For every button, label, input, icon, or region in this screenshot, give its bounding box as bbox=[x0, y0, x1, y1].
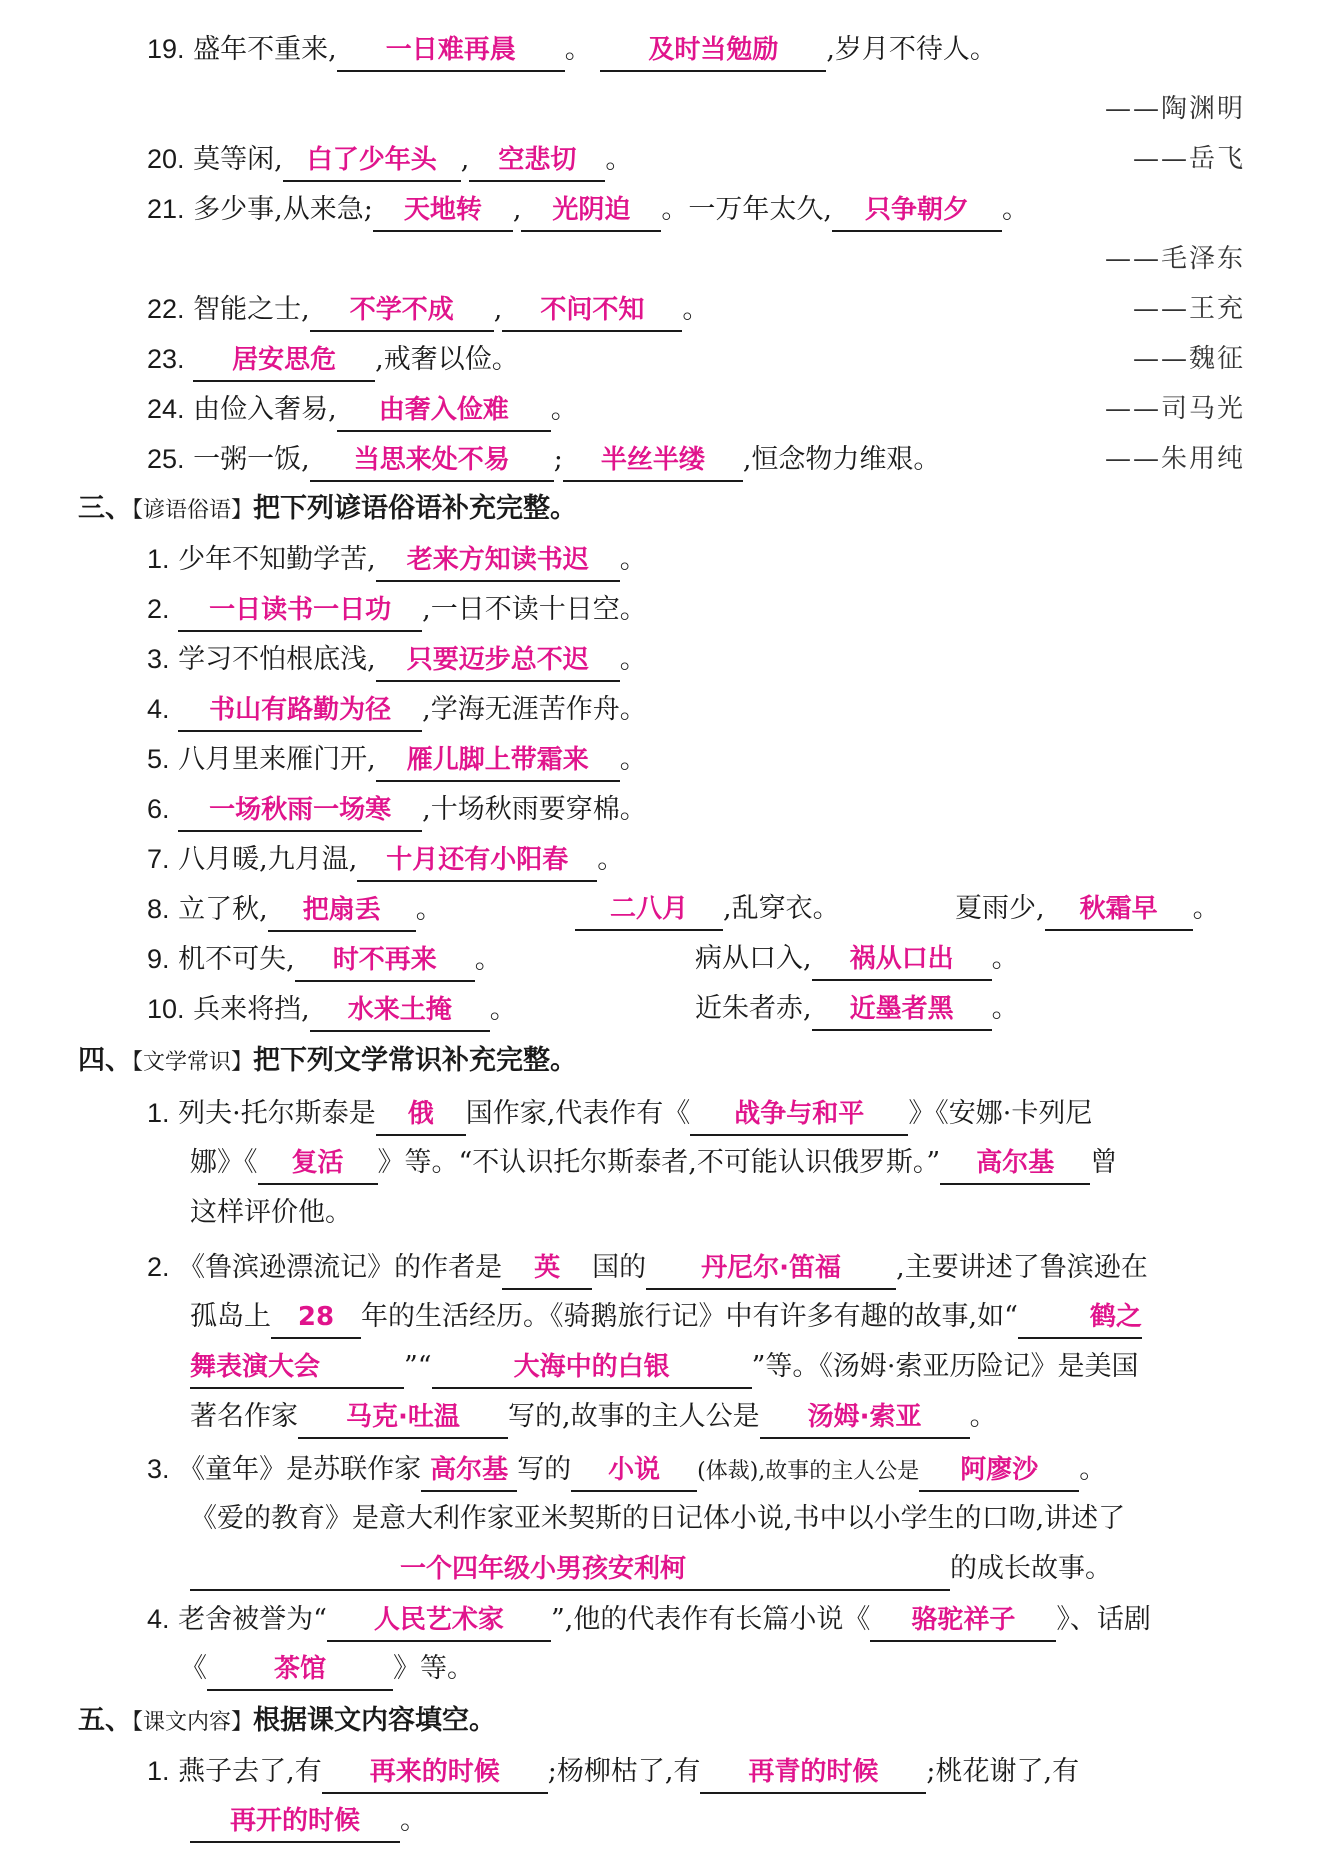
poem-item-22: 22. 智能之士,不学不成,不问不知。 ——王充 bbox=[0, 284, 1323, 334]
prompt-text: 机不可失, bbox=[178, 944, 295, 975]
poem-item-19: 19. 盛年不重来,一日难再晨。 及时当勉励,岁月不待人。 bbox=[0, 24, 1323, 74]
answer-blank[interactable]: 战争与和平 bbox=[690, 1094, 908, 1136]
author-label: ——朱用纯 bbox=[1105, 434, 1245, 484]
poem-author-19: ——陶渊明 bbox=[0, 84, 1323, 134]
answer-blank[interactable]: 一场秋雨一场寒 bbox=[178, 790, 422, 832]
literature-q4-line1: 4. 老舍被誉为“人民艺术家”,他的代表作有长篇小说《骆驼祥子》、话剧 bbox=[0, 1594, 1323, 1644]
answer-blank[interactable]: 茶馆 bbox=[207, 1649, 393, 1691]
answer-blank[interactable]: 舞表演大会 bbox=[190, 1347, 404, 1389]
proverb-item-2: 2. 一日读书一日功,一日不读十日空。 bbox=[0, 584, 1323, 634]
prompt-text: 《童年》是苏联作家 bbox=[178, 1454, 421, 1485]
answer-blank[interactable]: 及时当勉励 bbox=[600, 30, 826, 72]
item-number: 2. bbox=[147, 1252, 170, 1282]
item-number: 24. bbox=[147, 394, 185, 424]
section-tag: 【课文内容】 bbox=[132, 1710, 253, 1735]
literature-q4-line2: 《茶馆》等。 bbox=[0, 1644, 1323, 1694]
answer-blank[interactable]: 白了少年头 bbox=[283, 140, 461, 182]
answer-blank[interactable]: 再来的时候 bbox=[322, 1752, 548, 1794]
prompt-text: ,主要讲述了鲁滨逊在 bbox=[896, 1252, 1148, 1283]
prompt-text: (体裁),故事的主人公是 bbox=[697, 1459, 919, 1484]
answer-blank[interactable]: 水来土掩 bbox=[310, 990, 490, 1032]
literature-q1-line3: 这样评价他。 bbox=[0, 1188, 1323, 1238]
literature-q2-line1: 2. 《鲁滨逊漂流记》的作者是英国的丹尼尔·笛福,主要讲述了鲁滨逊在 bbox=[0, 1242, 1323, 1292]
answer-blank[interactable]: 时不再来 bbox=[295, 940, 475, 982]
prompt-text: 列夫·托尔斯泰是 bbox=[178, 1098, 376, 1129]
answer-blank[interactable]: 丹尼尔·笛福 bbox=[646, 1248, 896, 1290]
prompt-text: 年的生活经历。《骑鹅旅行记》中有许多有趣的故事,如“ bbox=[361, 1301, 1018, 1332]
answer-blank[interactable]: 英 bbox=[502, 1248, 592, 1290]
prompt-text: 这样评价他。 bbox=[190, 1188, 352, 1238]
prompt-text: 》等。“不认识托尔斯泰者,不可能认识俄罗斯。” bbox=[378, 1147, 941, 1178]
punct: 。 bbox=[1002, 194, 1029, 225]
prompt-text: 莫等闲, bbox=[193, 144, 283, 175]
item-number: 3. bbox=[147, 1454, 170, 1484]
prompt-text: 国作家,代表作有《 bbox=[466, 1098, 691, 1129]
answer-blank[interactable]: 居安思危 bbox=[193, 340, 375, 382]
item-number: 20. bbox=[147, 144, 185, 174]
author-label: ——王充 bbox=[1133, 284, 1245, 334]
proverb-item-10: 10. 兵来将挡,水来土掩。 近朱者赤,近墨者黑。 bbox=[0, 984, 1323, 1034]
prompt-text: ,戒奢以俭。 bbox=[375, 344, 519, 375]
answer-blank[interactable]: 天地转 bbox=[373, 190, 513, 232]
section-title: 根据课文内容填空。 bbox=[253, 1705, 496, 1736]
prompt-text: 夏雨少, bbox=[955, 893, 1045, 924]
answer-blank[interactable]: 鹤之 bbox=[1018, 1297, 1142, 1339]
prompt-text: 兵来将挡, bbox=[193, 994, 310, 1025]
prompt-text: 盛年不重来, bbox=[193, 34, 337, 65]
punct: 。 bbox=[992, 993, 1019, 1024]
proverb-item-6: 6. 一场秋雨一场寒,十场秋雨要穿棉。 bbox=[0, 784, 1323, 834]
poem-item-25: 25. 一粥一饭,当思来处不易;半丝半缕,恒念物力维艰。 ——朱用纯 bbox=[0, 434, 1323, 484]
proverb-item-8: 8. 立了秋,把扇丢。 二八月,乱穿衣。 夏雨少,秋霜早。 bbox=[0, 884, 1323, 934]
prompt-text: ;杨柳枯了,有 bbox=[548, 1756, 701, 1787]
item-number: 5. bbox=[147, 744, 170, 774]
prompt-text: 病从口入, bbox=[695, 943, 812, 974]
literature-q3-line3: 一个四年级小男孩安利柯的成长故事。 bbox=[0, 1544, 1323, 1594]
answer-blank[interactable]: 大海中的白银 bbox=[432, 1347, 752, 1389]
prompt-text: 少年不知勤学苦, bbox=[178, 544, 376, 575]
prompt-text: 由俭入奢易, bbox=[193, 394, 337, 425]
prompt-text: ”“ bbox=[404, 1351, 432, 1382]
answer-blank[interactable]: 书山有路勤为径 bbox=[178, 690, 422, 732]
prompt-text: 智能之士, bbox=[193, 294, 310, 325]
prompt-text: ;桃花谢了,有 bbox=[926, 1756, 1079, 1787]
poem-item-23: 23. 居安思危,戒奢以俭。 ——魏征 bbox=[0, 334, 1323, 384]
text-content-q1-line2: 再开的时候。 bbox=[0, 1796, 1323, 1846]
answer-blank[interactable]: 小说 bbox=[571, 1450, 697, 1492]
answer-blank[interactable]: 秋霜早 bbox=[1045, 889, 1193, 931]
item-number: 2. bbox=[147, 594, 170, 624]
proverb-item-3: 3. 学习不怕根底浅,只要迈步总不迟。 bbox=[0, 634, 1323, 684]
prompt-text: ,恒念物力维艰。 bbox=[743, 444, 941, 475]
answer-blank[interactable]: 人民艺术家 bbox=[327, 1600, 551, 1642]
section-index: 四、 bbox=[78, 1045, 132, 1076]
answer-blank[interactable]: 高尔基 bbox=[421, 1450, 517, 1492]
prompt-text: 多少事,从来急; bbox=[193, 194, 373, 225]
punct: , bbox=[461, 144, 470, 175]
prompt-text: 孤岛上 bbox=[190, 1301, 271, 1332]
item-number: 8. bbox=[147, 894, 170, 924]
poem-item-20: 20. 莫等闲,白了少年头,空悲切。 ——岳飞 bbox=[0, 134, 1323, 184]
item-number: 4. bbox=[147, 694, 170, 724]
prompt-text: ,学海无涯苦作舟。 bbox=[422, 694, 647, 725]
text-content-q1-line1: 1. 燕子去了,有再来的时候;杨柳枯了,有再青的时候;桃花谢了,有 bbox=[0, 1746, 1323, 1796]
proverb-item-5: 5. 八月里来雁门开,雁儿脚上带霜来。 bbox=[0, 734, 1323, 784]
section-index: 三、 bbox=[78, 493, 132, 524]
prompt-text: ,岁月不待人。 bbox=[826, 34, 997, 65]
literature-q3-line1: 3. 《童年》是苏联作家高尔基写的小说(体裁),故事的主人公是阿廖沙。 bbox=[0, 1444, 1323, 1494]
prompt-text: 曾 bbox=[1090, 1147, 1117, 1178]
answer-blank[interactable]: 只争朝夕 bbox=[832, 190, 1002, 232]
punct: 。 bbox=[1079, 1454, 1106, 1485]
answer-blank[interactable]: 只要迈步总不迟 bbox=[376, 640, 620, 682]
prompt-text: 近朱者赤, bbox=[695, 993, 812, 1024]
item-number: 19. bbox=[147, 34, 185, 64]
answer-blank[interactable]: 俄 bbox=[376, 1094, 466, 1136]
punct: 。 bbox=[970, 1401, 997, 1432]
answer-blank[interactable]: 汤姆·索亚 bbox=[760, 1397, 970, 1439]
prompt-text: 《鲁滨逊漂流记》的作者是 bbox=[178, 1252, 502, 1283]
section-title: 把下列文学常识补充完整。 bbox=[253, 1045, 577, 1076]
prompt-text: 八月暖,九月温, bbox=[178, 844, 357, 875]
punct: 。 bbox=[620, 644, 647, 675]
prompt-text: 》《安娜·卡列尼 bbox=[908, 1098, 1092, 1129]
item-number: 1. bbox=[147, 544, 170, 574]
literature-q2-line3: 舞表演大会”“大海中的白银”等。《汤姆·索亚历险记》是美国 bbox=[0, 1342, 1323, 1392]
item-number: 10. bbox=[147, 994, 185, 1024]
author-label: ——岳飞 bbox=[1133, 134, 1245, 184]
item-number: 23. bbox=[147, 344, 185, 374]
prompt-text: 立了秋, bbox=[178, 894, 268, 925]
answer-blank[interactable]: 老来方知读书迟 bbox=[376, 540, 620, 582]
item-number: 3. bbox=[147, 644, 170, 674]
answer-blank[interactable]: 骆驼祥子 bbox=[870, 1600, 1056, 1642]
poem-item-24: 24. 由俭入奢易,由奢入俭难。 ——司马光 bbox=[0, 384, 1323, 434]
prompt-text: 。一万年太久, bbox=[661, 194, 832, 225]
punct: 。 bbox=[1193, 893, 1220, 924]
answer-blank[interactable]: 把扇丢 bbox=[268, 890, 416, 932]
item-number: 7. bbox=[147, 844, 170, 874]
literature-q1-line1: 1. 列夫·托尔斯泰是俄国作家,代表作有《战争与和平》《安娜·卡列尼 bbox=[0, 1088, 1323, 1138]
punct: 。 bbox=[597, 844, 624, 875]
literature-q3-line2: 《爱的教育》是意大利作家亚米契斯的日记体小说,书中以小学生的口吻,讲述了 bbox=[0, 1494, 1323, 1544]
item-number: 9. bbox=[147, 944, 170, 974]
section-heading-3: 三、【谚语俗语】把下列谚语俗语补充完整。 bbox=[78, 484, 577, 536]
punct: , bbox=[513, 194, 522, 225]
author-label: ——毛泽东 bbox=[1105, 234, 1245, 284]
proverb-item-1: 1. 少年不知勤学苦,老来方知读书迟。 bbox=[0, 534, 1323, 584]
author-label: ——陶渊明 bbox=[1105, 84, 1245, 134]
prompt-text: 学习不怕根底浅, bbox=[178, 644, 376, 675]
section-index: 五、 bbox=[78, 1705, 132, 1736]
answer-blank[interactable]: 雁儿脚上带霜来 bbox=[376, 740, 620, 782]
section-title: 把下列谚语俗语补充完整。 bbox=[253, 493, 577, 524]
punct: ; bbox=[554, 444, 563, 475]
prompt-text: ,乱穿衣。 bbox=[723, 893, 840, 924]
answer-blank[interactable]: 当思来处不易 bbox=[310, 440, 554, 482]
answer-blank[interactable]: 马克·吐温 bbox=[298, 1397, 508, 1439]
prompt-text: ,十场秋雨要穿棉。 bbox=[422, 794, 647, 825]
prompt-text: 写的 bbox=[517, 1454, 571, 1485]
punct: 。 bbox=[620, 544, 647, 575]
literature-q2-line2: 孤岛上28年的生活经历。《骑鹅旅行记》中有许多有趣的故事,如“鹤之 bbox=[0, 1292, 1323, 1342]
author-label: ——魏征 bbox=[1133, 334, 1245, 384]
prompt-text: 》、话剧 bbox=[1056, 1604, 1151, 1635]
punct: 。 bbox=[551, 394, 578, 425]
literature-q2-line4: 著名作家马克·吐温写的,故事的主人公是汤姆·索亚。 bbox=[0, 1392, 1323, 1442]
prompt-text: 著名作家 bbox=[190, 1401, 298, 1432]
item-number: 21. bbox=[147, 194, 185, 224]
answer-blank[interactable]: 祸从口出 bbox=[812, 939, 992, 981]
punct: 。 bbox=[992, 943, 1019, 974]
proverb-item-4: 4. 书山有路勤为径,学海无涯苦作舟。 bbox=[0, 684, 1323, 734]
item-number: 1. bbox=[147, 1098, 170, 1128]
punct: 。 bbox=[605, 144, 632, 175]
answer-blank[interactable]: 近墨者黑 bbox=[812, 989, 992, 1031]
punct: 。 bbox=[475, 944, 502, 975]
prompt-text: ”,他的代表作有长篇小说《 bbox=[551, 1604, 870, 1635]
answer-blank[interactable]: 光阴迫 bbox=[521, 190, 661, 232]
punct: 。 bbox=[490, 994, 517, 1025]
prompt-text: 》等。 bbox=[393, 1653, 474, 1684]
item-number: 4. bbox=[147, 1604, 170, 1634]
punct: 。 bbox=[416, 894, 443, 925]
punct: , bbox=[494, 294, 503, 325]
prompt-text: 老舍被誉为“ bbox=[178, 1604, 327, 1635]
poem-author-21: ——毛泽东 bbox=[0, 234, 1323, 284]
literature-q1-line2: 娜》《复活》等。“不认识托尔斯泰者,不可能认识俄罗斯。”高尔基曾 bbox=[0, 1138, 1323, 1188]
punct: 。 bbox=[682, 294, 709, 325]
answer-blank[interactable]: 再青的时候 bbox=[700, 1752, 926, 1794]
item-number: 1. bbox=[147, 1756, 170, 1786]
answer-blank[interactable]: 十月还有小阳春 bbox=[357, 840, 597, 882]
answer-blank[interactable]: 二八月 bbox=[575, 889, 723, 931]
proverb-item-9: 9. 机不可失,时不再来。 病从口入,祸从口出。 bbox=[0, 934, 1323, 984]
answer-blank[interactable]: 半丝半缕 bbox=[563, 440, 743, 482]
prompt-text: ”等。《汤姆·索亚历险记》是美国 bbox=[752, 1351, 1139, 1382]
punct: 。 bbox=[565, 34, 592, 65]
answer-blank[interactable]: 复活 bbox=[258, 1143, 378, 1185]
answer-blank[interactable]: 由奢入俭难 bbox=[337, 390, 551, 432]
answer-blank[interactable]: 高尔基 bbox=[940, 1143, 1090, 1185]
section-tag: 【谚语俗语】 bbox=[132, 498, 253, 523]
prompt-text: ,一日不读十日空。 bbox=[422, 594, 647, 625]
prompt-text: 娜》《 bbox=[190, 1147, 258, 1178]
prompt-text: 《 bbox=[180, 1653, 207, 1684]
answer-blank[interactable]: 一日难再晨 bbox=[337, 30, 565, 72]
prompt-text: 一粥一饭, bbox=[193, 444, 310, 475]
punct: 。 bbox=[400, 1805, 427, 1836]
prompt-text: 八月里来雁门开, bbox=[178, 744, 376, 775]
prompt-text: 燕子去了,有 bbox=[178, 1756, 322, 1787]
answer-blank[interactable]: 一个四年级小男孩安利柯 bbox=[190, 1549, 950, 1591]
prompt-text: 国的 bbox=[592, 1252, 646, 1283]
item-number: 6. bbox=[147, 794, 170, 824]
answer-blank[interactable]: 一日读书一日功 bbox=[178, 590, 422, 632]
item-number: 22. bbox=[147, 294, 185, 324]
prompt-text: 的成长故事。 bbox=[950, 1553, 1112, 1584]
item-number: 25. bbox=[147, 444, 185, 474]
answer-blank[interactable]: 不问不知 bbox=[502, 290, 682, 332]
section-tag: 【文学常识】 bbox=[132, 1050, 253, 1075]
answer-blank[interactable]: 阿廖沙 bbox=[919, 1450, 1079, 1492]
answer-blank[interactable]: 28 bbox=[271, 1297, 361, 1339]
proverb-item-7: 7. 八月暖,九月温,十月还有小阳春。 bbox=[0, 834, 1323, 884]
punct: 。 bbox=[620, 744, 647, 775]
answer-blank[interactable]: 不学不成 bbox=[310, 290, 494, 332]
section-heading-5: 五、【课文内容】根据课文内容填空。 bbox=[78, 1696, 496, 1748]
answer-blank[interactable]: 空悲切 bbox=[469, 140, 605, 182]
section-heading-4: 四、【文学常识】把下列文学常识补充完整。 bbox=[78, 1036, 577, 1088]
answer-blank[interactable]: 再开的时候 bbox=[190, 1801, 400, 1843]
author-label: ——司马光 bbox=[1105, 384, 1245, 434]
prompt-text: 写的,故事的主人公是 bbox=[508, 1401, 760, 1432]
poem-item-21: 21. 多少事,从来急;天地转,光阴迫。一万年太久,只争朝夕。 bbox=[0, 184, 1323, 234]
prompt-text: 《爱的教育》是意大利作家亚米契斯的日记体小说,书中以小学生的口吻,讲述了 bbox=[190, 1494, 1125, 1544]
